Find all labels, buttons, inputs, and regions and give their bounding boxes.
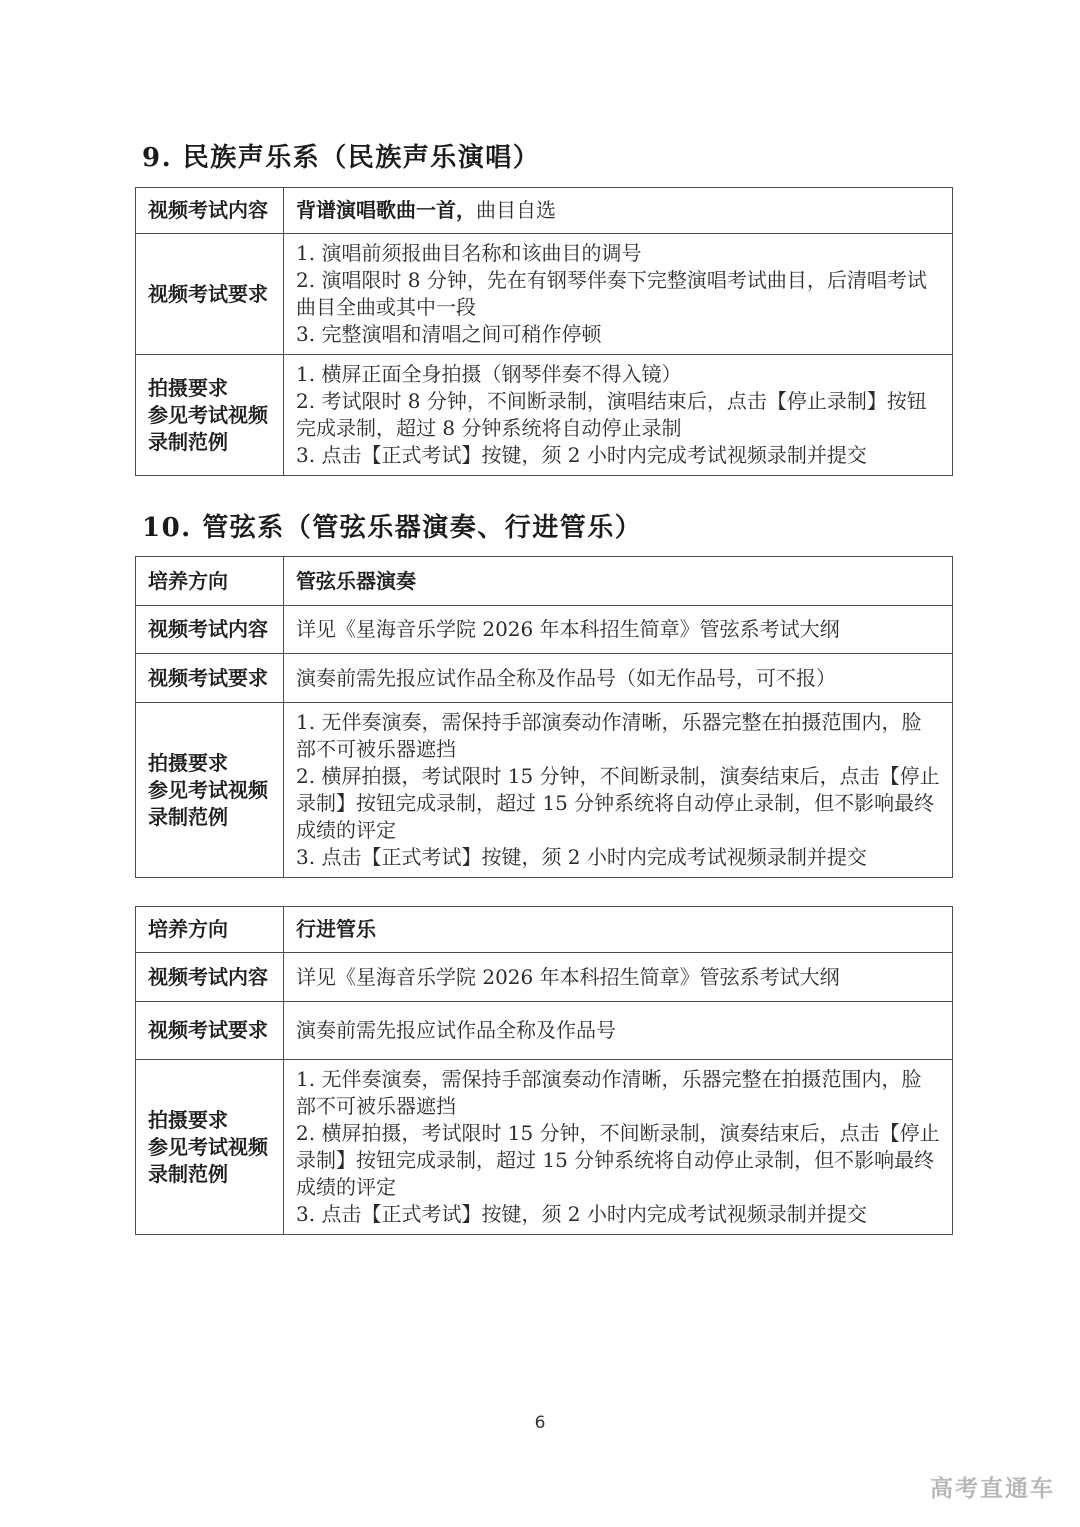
- cell-text: 曲目自选: [476, 198, 556, 222]
- row-label-line: 录制范例: [148, 804, 271, 831]
- row-label-line: 参见考试视频: [148, 1134, 271, 1161]
- cell-text-bold: 背谱演唱歌曲一首，: [296, 198, 476, 222]
- cell-content: 演奏前需先报应试作品全称及作品号（如无作品号，可不报）: [284, 654, 953, 703]
- cell-line: 2. 横屏拍摄，考试限时 15 分钟，不间断录制，演奏结束后，点击【停止录制】按…: [296, 1120, 940, 1201]
- row-label-line: 参见考试视频: [148, 402, 271, 429]
- table-row: 拍摄要求 参见考试视频 录制范例 1. 横屏正面全身拍摄（钢琴伴奏不得入镜） 2…: [136, 355, 953, 476]
- table-row: 培养方向 管弦乐器演奏: [136, 557, 953, 606]
- exam-table-orchestral: 培养方向 管弦乐器演奏 视频考试内容 详见《星海音乐学院 2026 年本科招生简…: [135, 556, 953, 878]
- row-label: 视频考试要求: [136, 654, 284, 703]
- section-heading-10: 10. 管弦系（管弦乐器演奏、行进管乐）: [142, 512, 953, 544]
- exam-table-marching-band: 培养方向 行进管乐 视频考试内容 详见《星海音乐学院 2026 年本科招生简章》…: [135, 906, 953, 1235]
- row-label: 视频考试内容: [136, 188, 284, 234]
- section-heading-9: 9. 民族声乐系（民族声乐演唱）: [142, 142, 953, 174]
- cell-content: 演奏前需先报应试作品全称及作品号: [284, 1002, 953, 1060]
- row-label: 培养方向: [136, 557, 284, 606]
- row-label: 视频考试内容: [136, 953, 284, 1002]
- cell-content: 1. 无伴奏演奏，需保持手部演奏动作清晰，乐器完整在拍摄范围内，脸部不可被乐器遮…: [284, 703, 953, 878]
- page-number: 6: [0, 1413, 1080, 1433]
- cell-line: 1. 演唱前须报曲目名称和该曲目的调号: [296, 240, 940, 267]
- document-page: { "page": { "number": "6", "watermark": …: [0, 0, 1080, 1527]
- cell-content: 1. 横屏正面全身拍摄（钢琴伴奏不得入镜） 2. 考试限时 8 分钟，不间断录制…: [284, 355, 953, 476]
- row-label-line: 参见考试视频: [148, 777, 271, 804]
- table-row: 视频考试要求 演奏前需先报应试作品全称及作品号（如无作品号，可不报）: [136, 654, 953, 703]
- cell-line: 1. 无伴奏演奏，需保持手部演奏动作清晰，乐器完整在拍摄范围内，脸部不可被乐器遮…: [296, 709, 940, 763]
- table-row: 视频考试要求 演奏前需先报应试作品全称及作品号: [136, 1002, 953, 1060]
- row-label-line: 拍摄要求: [148, 375, 271, 402]
- table-row: 视频考试要求 1. 演唱前须报曲目名称和该曲目的调号 2. 演唱限时 8 分钟，…: [136, 234, 953, 355]
- row-label-line: 拍摄要求: [148, 750, 271, 777]
- row-label-line: 录制范例: [148, 1161, 271, 1188]
- cell-content: 管弦乐器演奏: [284, 557, 953, 606]
- row-label: 拍摄要求 参见考试视频 录制范例: [136, 1060, 284, 1235]
- exam-table-vocal: 视频考试内容 背谱演唱歌曲一首，曲目自选 视频考试要求 1. 演唱前须报曲目名称…: [135, 187, 953, 476]
- cell-line: 2. 考试限时 8 分钟，不间断录制，演唱结束后，点击【停止录制】按钮完成录制，…: [296, 388, 940, 442]
- cell-content: 详见《星海音乐学院 2026 年本科招生简章》管弦系考试大纲: [284, 953, 953, 1002]
- cell-content: 背谱演唱歌曲一首，曲目自选: [284, 188, 953, 234]
- cell-content: 1. 无伴奏演奏，需保持手部演奏动作清晰，乐器完整在拍摄范围内，脸部不可被乐器遮…: [284, 1060, 953, 1235]
- cell-line: 2. 演唱限时 8 分钟，先在有钢琴伴奏下完整演唱考试曲目，后清唱考试曲目全曲或…: [296, 267, 940, 321]
- row-label: 视频考试要求: [136, 234, 284, 355]
- page-content: 9. 民族声乐系（民族声乐演唱） 视频考试内容 背谱演唱歌曲一首，曲目自选 视频…: [135, 142, 953, 1235]
- cell-line: 3. 完整演唱和清唱之间可稍作停顿: [296, 321, 940, 348]
- cell-content: 详见《星海音乐学院 2026 年本科招生简章》管弦系考试大纲: [284, 606, 953, 654]
- cell-line: 3. 点击【正式考试】按键，须 2 小时内完成考试视频录制并提交: [296, 442, 940, 469]
- row-label: 拍摄要求 参见考试视频 录制范例: [136, 703, 284, 878]
- watermark: 高考直通车: [930, 1470, 1055, 1503]
- row-label: 视频考试要求: [136, 1002, 284, 1060]
- row-label-line: 录制范例: [148, 429, 271, 456]
- row-label: 培养方向: [136, 907, 284, 953]
- row-label: 拍摄要求 参见考试视频 录制范例: [136, 355, 284, 476]
- cell-line: 3. 点击【正式考试】按键，须 2 小时内完成考试视频录制并提交: [296, 844, 940, 871]
- table-row: 培养方向 行进管乐: [136, 907, 953, 953]
- table-row: 视频考试内容 详见《星海音乐学院 2026 年本科招生简章》管弦系考试大纲: [136, 606, 953, 654]
- table-row: 拍摄要求 参见考试视频 录制范例 1. 无伴奏演奏，需保持手部演奏动作清晰，乐器…: [136, 1060, 953, 1235]
- cell-line: 3. 点击【正式考试】按键，须 2 小时内完成考试视频录制并提交: [296, 1201, 940, 1228]
- cell-line: 1. 横屏正面全身拍摄（钢琴伴奏不得入镜）: [296, 361, 940, 388]
- cell-content: 1. 演唱前须报曲目名称和该曲目的调号 2. 演唱限时 8 分钟，先在有钢琴伴奏…: [284, 234, 953, 355]
- cell-line: 1. 无伴奏演奏，需保持手部演奏动作清晰，乐器完整在拍摄范围内，脸部不可被乐器遮…: [296, 1066, 940, 1120]
- table-row: 视频考试内容 背谱演唱歌曲一首，曲目自选: [136, 188, 953, 234]
- cell-content: 行进管乐: [284, 907, 953, 953]
- row-label-line: 拍摄要求: [148, 1107, 271, 1134]
- row-label: 视频考试内容: [136, 606, 284, 654]
- cell-line: 2. 横屏拍摄，考试限时 15 分钟，不间断录制，演奏结束后，点击【停止录制】按…: [296, 763, 940, 844]
- table-row: 视频考试内容 详见《星海音乐学院 2026 年本科招生简章》管弦系考试大纲: [136, 953, 953, 1002]
- table-row: 拍摄要求 参见考试视频 录制范例 1. 无伴奏演奏，需保持手部演奏动作清晰，乐器…: [136, 703, 953, 878]
